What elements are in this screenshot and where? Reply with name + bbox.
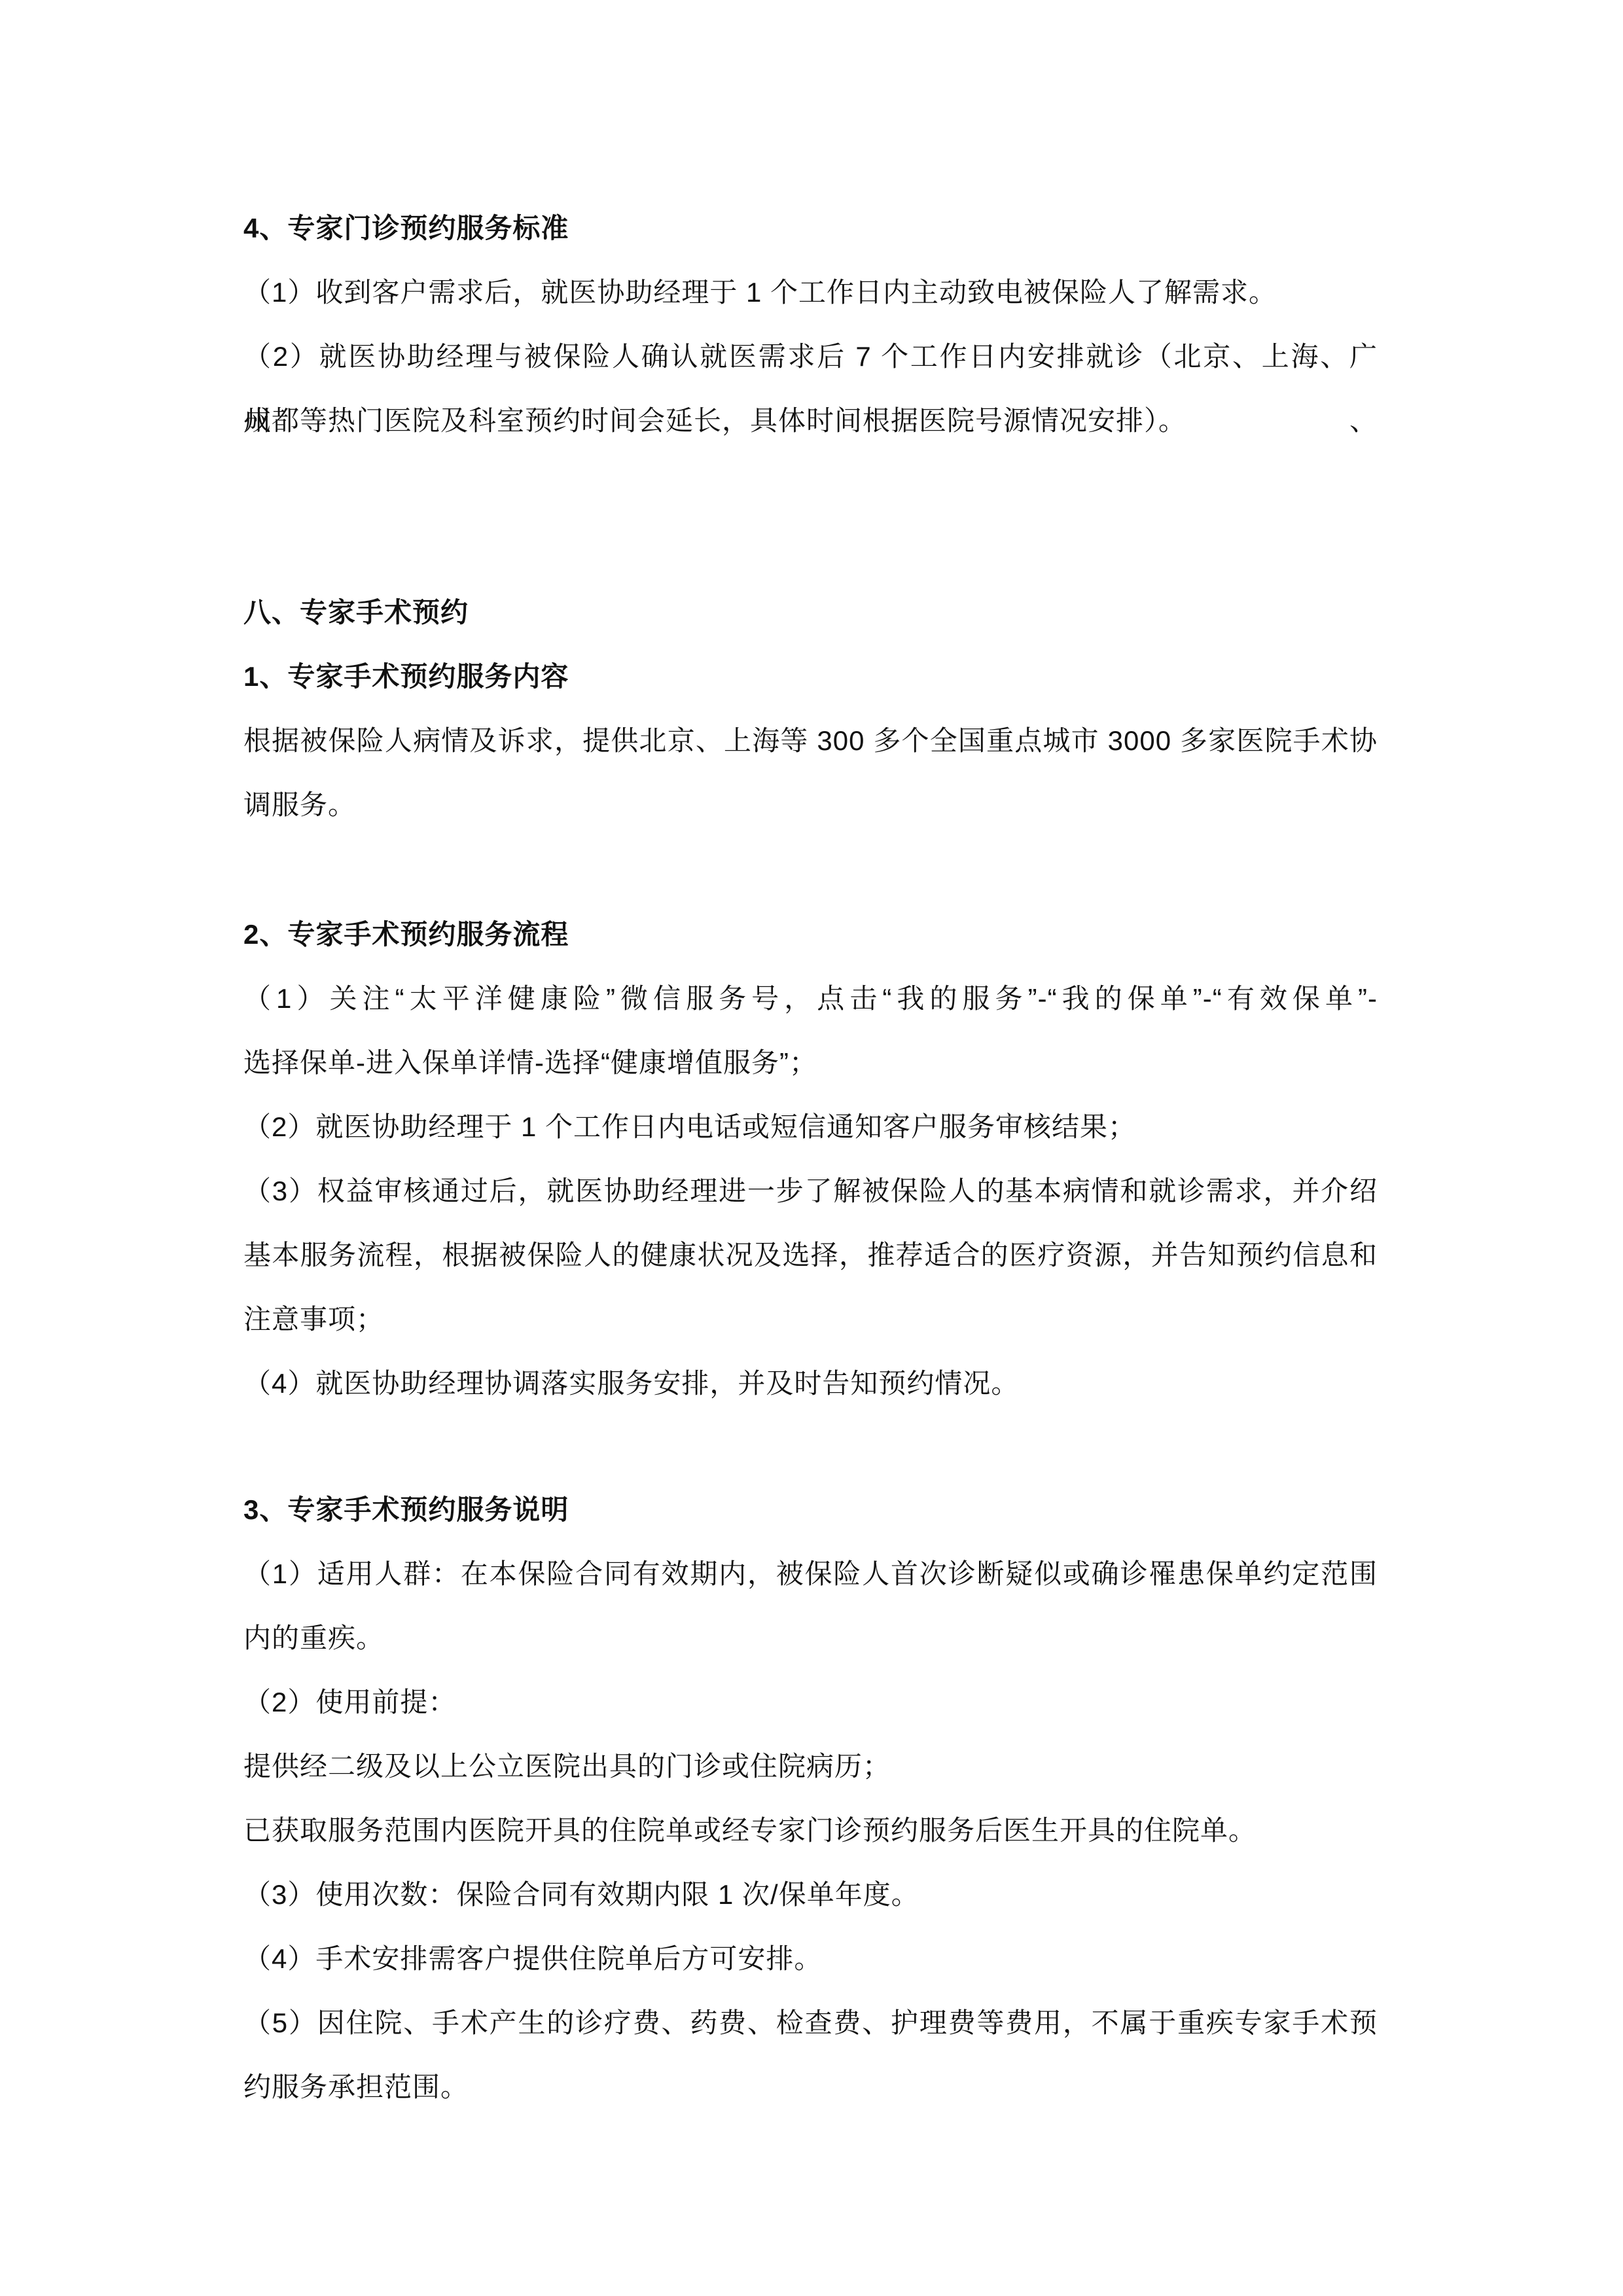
clause-outpatient-2-line1: （2）就医协助经理与被保险人确认就医需求后 7 个工作日内安排就诊（北京、上海、… (243, 325, 1378, 389)
clause-process-3-line2: 基本服务流程，根据被保险人的健康状况及选择，推荐适合的医疗资源，并告知预约信息和 (243, 1223, 1378, 1287)
clause-notes-3: （3）使用次数：保险合同有效期内限 1 次/保单年度。 (243, 1863, 1378, 1927)
clause-process-1-line2: 选择保单-进入保单详情-选择“健康增值服务”； (243, 1031, 1378, 1095)
document-content: 4、专家门诊预约服务标准 （1）收到客户需求后，就医协助经理于 1 个工作日内主… (243, 196, 1378, 2119)
heading-surgery-service-content: 1、专家手术预约服务内容 (243, 645, 1378, 709)
section-gap (243, 453, 1378, 581)
clause-process-3-line3: 注意事项； (243, 1287, 1378, 1352)
heading-section8-expert-surgery-booking: 八、专家手术预约 (243, 581, 1378, 645)
clause-process-2: （2）就医协助经理于 1 个工作日内电话或短信通知客户服务审核结果； (243, 1095, 1378, 1159)
clause-notes-5-line1: （5）因住院、手术产生的诊疗费、药费、检查费、护理费等费用，不属于重疾专家手术预 (243, 1991, 1378, 2055)
clause-notes-2-item2: 已获取服务范围内医院开具的住院单或经专家门诊预约服务后医生开具的住院单。 (243, 1799, 1378, 1863)
clause-notes-2: （2）使用前提： (243, 1670, 1378, 1734)
clause-notes-5-line2: 约服务承担范围。 (243, 2055, 1378, 2119)
clause-process-3-line1: （3）权益审核通过后，就医协助经理进一步了解被保险人的基本病情和就诊需求，并介绍 (243, 1159, 1378, 1223)
clause-notes-1-line1: （1）适用人群：在本保险合同有效期内，被保险人首次诊断疑似或确诊罹患保单约定范围 (243, 1542, 1378, 1606)
section-gap (243, 837, 1378, 903)
para-surgery-content-line1: 根据被保险人病情及诉求，提供北京、上海等 300 多个全国重点城市 3000 多… (243, 709, 1378, 773)
document-page: 4、专家门诊预约服务标准 （1）收到客户需求后，就医协助经理于 1 个工作日内主… (0, 0, 1623, 2296)
clause-outpatient-1: （1）收到客户需求后，就医协助经理于 1 个工作日内主动致电被保险人了解需求。 (243, 260, 1378, 325)
heading-surgery-service-notes: 3、专家手术预约服务说明 (243, 1478, 1378, 1542)
section-gap (243, 1416, 1378, 1478)
clause-notes-4: （4）手术安排需客户提供住院单后方可安排。 (243, 1927, 1378, 1991)
heading-surgery-service-process: 2、专家手术预约服务流程 (243, 903, 1378, 967)
para-surgery-content-line2: 调服务。 (243, 773, 1378, 837)
clause-notes-1-line2: 内的重疾。 (243, 1606, 1378, 1670)
clause-process-1-line1: （1）关注“太平洋健康险”微信服务号，点击“我的服务”-“我的保单”-“有效保单… (243, 967, 1378, 1031)
clause-notes-2-item1: 提供经二级及以上公立医院出具的门诊或住院病历； (243, 1734, 1378, 1799)
clause-process-4: （4）就医协助经理协调落实服务安排，并及时告知预约情况。 (243, 1352, 1378, 1416)
heading-outpatient-booking-standard: 4、专家门诊预约服务标准 (243, 196, 1378, 260)
